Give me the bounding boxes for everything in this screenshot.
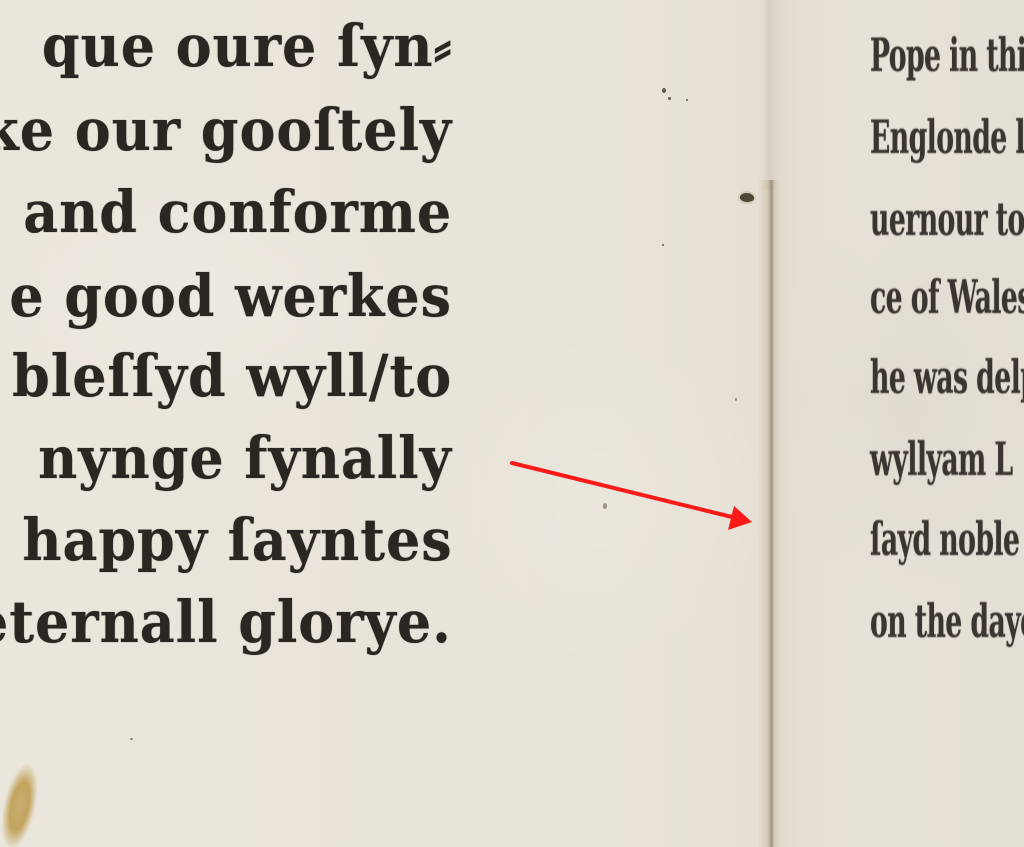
speck [668,97,671,100]
page-fold-shadow [762,0,776,190]
sewing-hole [740,193,754,202]
text-line: ce of Wales [870,270,1024,324]
text-line: on the daye [870,594,1024,648]
text-line: uernour to [870,192,1024,246]
text-line: nynge fynally [38,424,452,492]
text-line: e good werkes [9,262,452,330]
text-line: Englonde l [870,110,1024,164]
book-photo: que oure ſyn⸗ ke our gooſtely and confor… [0,0,1024,847]
left-page: que oure ſyn⸗ ke our gooſtely and confor… [0,0,770,847]
text-line: and conforme [23,178,452,246]
speck [686,99,688,101]
text-line: eternall glorye. [0,588,452,656]
speck [662,244,664,246]
speck [662,88,666,93]
ink-stain [0,759,44,847]
speck [735,398,737,401]
text-line: ſayd noble l [870,512,1024,566]
text-line: ke our gooſtely [0,96,452,164]
text-line: he was delp [870,350,1024,404]
text-line: que oure ſyn⸗ [41,12,452,80]
speck [130,738,133,740]
text-line: happy ſayntes [22,506,452,574]
text-line: bleſſyd wyll/to [12,342,452,410]
right-page: Pope in this Englonde l uernour to ce of… [775,0,1024,847]
right-page-text: Pope in this Englonde l uernour to ce of… [870,0,1024,847]
speck [603,503,607,509]
text-line: wyllyam L [870,432,1013,486]
text-line: Pope in this [870,28,1024,82]
